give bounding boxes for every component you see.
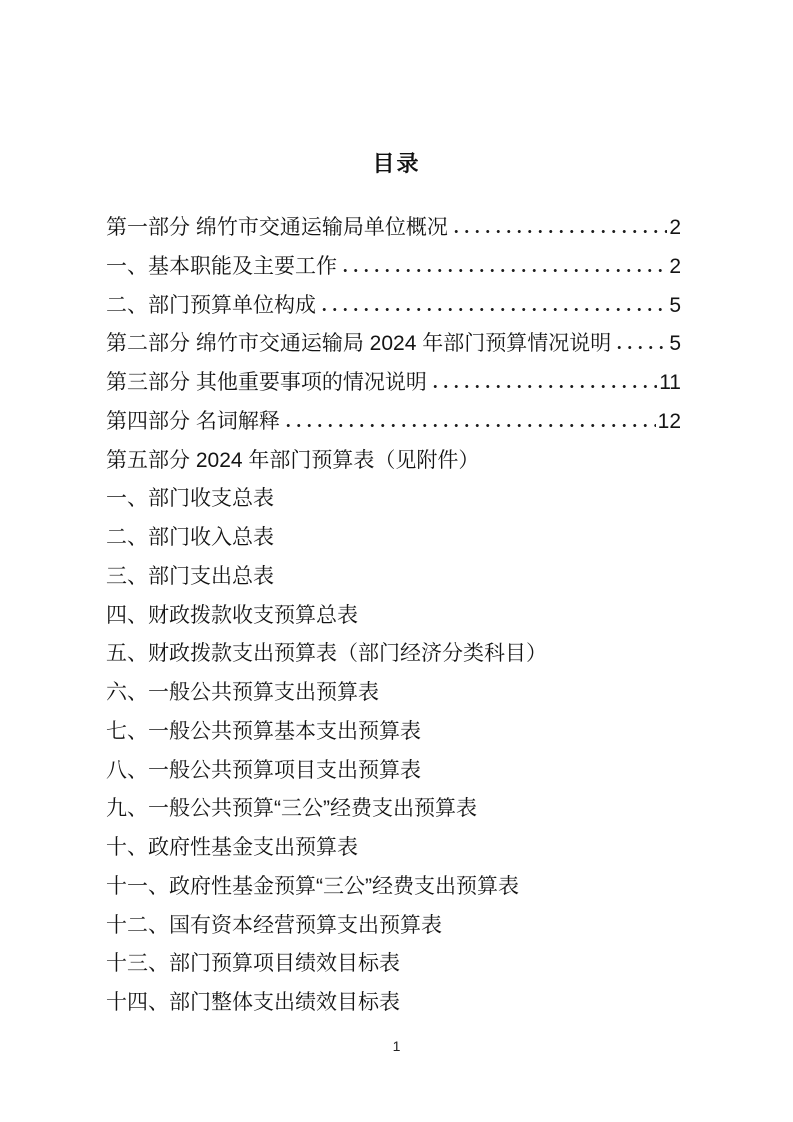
toc-entry: 四、财政拨款收支预算总表 — [106, 599, 681, 638]
toc-list: 第一部分 绵竹市交通运输局单位概况 2 一、基本职能及主要工作 2 二、部门预算… — [106, 211, 681, 1025]
toc-entry: 十一、政府性基金预算“三公”经费支出预算表 — [106, 870, 681, 909]
toc-entry-label: 第四部分 名词解释 — [106, 405, 280, 435]
toc-entry: 十二、国有资本经营预算支出预算表 — [106, 909, 681, 948]
toc-dot-leader — [283, 423, 656, 428]
toc-entry-page-number: 5 — [669, 332, 681, 356]
toc-entry-label: 六、一般公共预算支出预算表 — [106, 676, 379, 706]
toc-entry: 八、一般公共预算项目支出预算表 — [106, 754, 681, 793]
toc-entry: 五、财政拨款支出预算表（部门经济分类科目） — [106, 637, 681, 676]
toc-entry: 第五部分 2024 年部门预算表（见附件） — [106, 444, 681, 483]
toc-entry-label: 第二部分 绵竹市交通运输局 2024 年部门预算情况说明 — [106, 327, 611, 357]
toc-entry: 第二部分 绵竹市交通运输局 2024 年部门预算情况说明 5 — [106, 327, 681, 366]
toc-entry: 一、基本职能及主要工作 2 — [106, 250, 681, 289]
toc-entry-label: 一、部门收支总表 — [106, 482, 274, 512]
toc-entry: 三、部门支出总表 — [106, 560, 681, 599]
toc-entry-label: 十、政府性基金支出预算表 — [106, 831, 358, 861]
toc-entry-label: 二、部门预算单位构成 — [106, 289, 316, 319]
toc-entry-label: 九、一般公共预算“三公”经费支出预算表 — [106, 792, 477, 822]
page-title: 目录 — [0, 147, 793, 178]
toc-entry-label: 十四、部门整体支出绩效目标表 — [106, 986, 400, 1016]
toc-entry: 二、部门预算单位构成 5 — [106, 289, 681, 328]
toc-entry: 六、一般公共预算支出预算表 — [106, 676, 681, 715]
toc-entry-label: 四、财政拨款收支预算总表 — [106, 599, 358, 629]
toc-entry-label: 十一、政府性基金预算“三公”经费支出预算表 — [106, 870, 519, 900]
toc-entry-label: 第三部分 其他重要事项的情况说明 — [106, 366, 427, 396]
toc-entry: 一、部门收支总表 — [106, 482, 681, 521]
toc-entry-page-number: 5 — [669, 294, 681, 318]
toc-entry-page-number: 2 — [669, 255, 681, 279]
toc-entry: 十四、部门整体支出绩效目标表 — [106, 986, 681, 1025]
toc-entry: 第三部分 其他重要事项的情况说明 11 — [106, 366, 681, 405]
toc-entry: 第一部分 绵竹市交通运输局单位概况 2 — [106, 211, 681, 250]
toc-entry-label: 七、一般公共预算基本支出预算表 — [106, 715, 421, 745]
toc-entry-label: 五、财政拨款支出预算表（部门经济分类科目） — [106, 637, 547, 667]
toc-entry-label: 第五部分 2024 年部门预算表（见附件） — [106, 444, 479, 474]
footer-page-number: 1 — [0, 1038, 793, 1054]
toc-entry-label: 八、一般公共预算项目支出预算表 — [106, 754, 421, 784]
toc-entry: 七、一般公共预算基本支出预算表 — [106, 715, 681, 754]
toc-entry: 十、政府性基金支出预算表 — [106, 831, 681, 870]
toc-dot-leader — [319, 307, 667, 312]
toc-dot-leader — [430, 384, 657, 389]
toc-entry-page-number: 12 — [658, 410, 681, 434]
document-page: 目录 第一部分 绵竹市交通运输局单位概况 2 一、基本职能及主要工作 2 二、部… — [0, 0, 793, 1122]
toc-entry: 第四部分 名词解释 12 — [106, 405, 681, 444]
toc-entry-label: 第一部分 绵竹市交通运输局单位概况 — [106, 211, 448, 241]
toc-entry-page-number: 11 — [659, 371, 681, 395]
toc-entry-label: 十三、部门预算项目绩效目标表 — [106, 947, 400, 977]
toc-dot-leader — [614, 345, 667, 350]
toc-entry: 九、一般公共预算“三公”经费支出预算表 — [106, 792, 681, 831]
toc-entry-label: 三、部门支出总表 — [106, 560, 274, 590]
toc-dot-leader — [451, 229, 667, 234]
toc-entry-page-number: 2 — [669, 216, 681, 240]
toc-entry-label: 十二、国有资本经营预算支出预算表 — [106, 909, 442, 939]
toc-entry-label: 一、基本职能及主要工作 — [106, 250, 337, 280]
toc-entry: 十三、部门预算项目绩效目标表 — [106, 947, 681, 986]
toc-entry: 二、部门收入总表 — [106, 521, 681, 560]
toc-dot-leader — [340, 268, 667, 273]
toc-entry-label: 二、部门收入总表 — [106, 521, 274, 551]
